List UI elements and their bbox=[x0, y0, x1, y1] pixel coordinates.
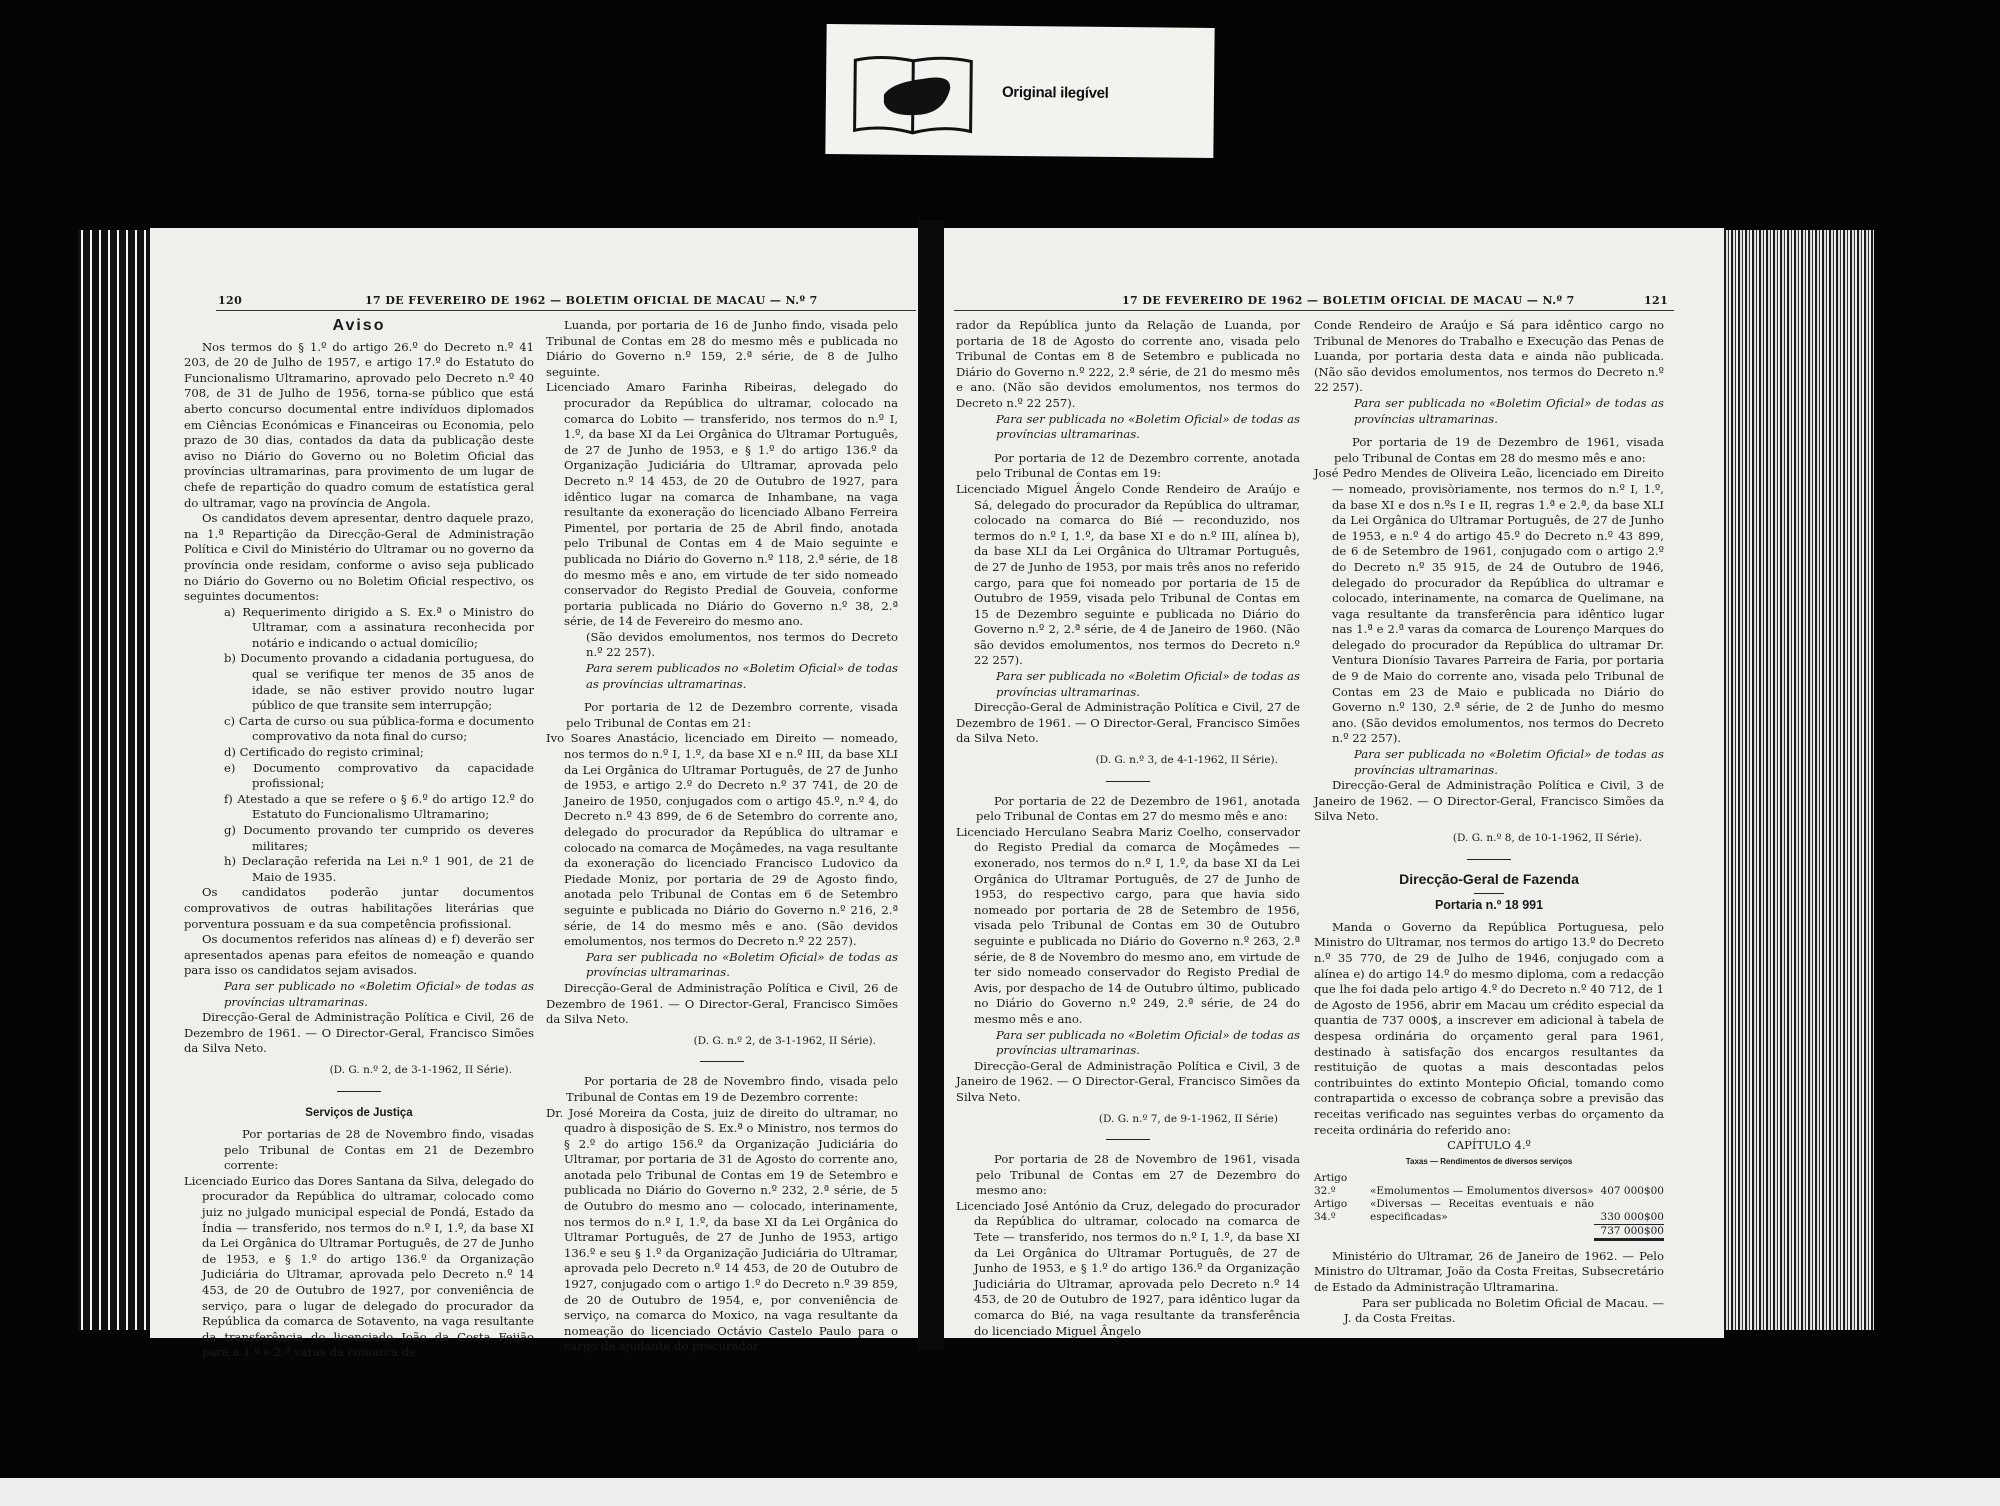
paragraph: Nos termos do § 1.º do artigo 26.º do De… bbox=[184, 340, 534, 512]
section-title-justica: Serviços de Justiça bbox=[184, 1106, 534, 1122]
list-item: f) Atestado a que se refere o § 6.º do a… bbox=[184, 792, 534, 823]
signature: Ministério do Ultramar, 26 de Janeiro de… bbox=[1314, 1249, 1664, 1296]
scan-bottom-strip bbox=[0, 1478, 2000, 1506]
book-gutter bbox=[918, 220, 944, 1350]
header-rule bbox=[216, 310, 916, 311]
paragraph: Licenciado Herculano Seabra Mariz Coelho… bbox=[956, 825, 1300, 1028]
publication-note: Para ser publicada no «Boletim Oficial» … bbox=[546, 950, 898, 981]
divider bbox=[337, 1091, 381, 1092]
paragraph: Por portaria de 28 de Novembro findo, vi… bbox=[546, 1074, 898, 1105]
paragraph: José Pedro Mendes de Oliveira Leão, lice… bbox=[1314, 466, 1664, 747]
book-right-edge bbox=[1724, 230, 1874, 1330]
publication-note: Para ser publicada no «Boletim Oficial» … bbox=[1314, 396, 1664, 427]
paragraph: Licenciado Eurico das Dores Santana da S… bbox=[184, 1174, 534, 1361]
list-item: g) Documento provando ter cumprido os de… bbox=[184, 823, 534, 854]
gazette-reference: (D. G. n.º 3, de 4-1-1962, II Série). bbox=[956, 753, 1300, 769]
signature: Direcção-Geral de Administração Política… bbox=[956, 700, 1300, 747]
table-total-row: 737 000$00 bbox=[1314, 1224, 1664, 1239]
illegible-original-label: Original ilegível bbox=[1002, 84, 1109, 102]
description-cell: «Diversas — Receitas eventuais e não esp… bbox=[1370, 1198, 1594, 1224]
right-page-column-2: Conde Rendeiro de Araújo e Sá para idênt… bbox=[1314, 318, 1664, 1327]
divider bbox=[1474, 893, 1504, 894]
divider bbox=[1106, 1139, 1150, 1140]
open-book-blot-icon bbox=[852, 54, 975, 135]
list-item: b) Documento provando a cidadania portug… bbox=[184, 651, 534, 713]
list-item: h) Declaração referida na Lei n.º 1 901,… bbox=[184, 854, 534, 885]
publication-note: Para ser publicada no «Boletim Oficial» … bbox=[956, 412, 1300, 443]
paragraph: Ivo Soares Anastácio, licenciado em Dire… bbox=[546, 731, 898, 949]
list-item: d) Certificado do registo criminal; bbox=[184, 745, 534, 761]
left-page: 120 17 DE FEVEREIRO DE 1962 — BOLETIM OF… bbox=[150, 228, 918, 1338]
paragraph: Por portaria de 12 de Dezembro corrente,… bbox=[546, 700, 898, 731]
article-cell: Artigo 34.º bbox=[1314, 1198, 1370, 1224]
amount-cell: 330 000$00 bbox=[1594, 1198, 1664, 1224]
article-cell: Artigo 32.º bbox=[1314, 1172, 1370, 1198]
publication-note: Para serem publicados no «Boletim Oficia… bbox=[546, 661, 898, 692]
running-header: 17 DE FEVEREIRO DE 1962 — BOLETIM OFICIA… bbox=[365, 294, 818, 307]
illegible-original-card: Original ilegível bbox=[825, 24, 1214, 158]
table-row: Artigo 34.º «Diversas — Receitas eventua… bbox=[1314, 1198, 1664, 1224]
right-page: 17 DE FEVEREIRO DE 1962 — BOLETIM OFICIA… bbox=[944, 228, 1724, 1338]
signature: Direcção-Geral de Administração Política… bbox=[956, 1059, 1300, 1106]
paragraph: Os candidatos devem apresentar, dentro d… bbox=[184, 511, 534, 605]
section-title-fazenda: Direcção-Geral de Fazenda bbox=[1314, 872, 1664, 888]
page-number: 121 bbox=[1644, 294, 1668, 307]
paragraph: Por portaria de 28 de Novembro de 1961, … bbox=[956, 1152, 1300, 1199]
paragraph: rador da República junto da Relação de L… bbox=[956, 318, 1300, 412]
signature: Direcção-Geral de Administração Política… bbox=[546, 981, 898, 1028]
paragraph: Luanda, por portaria de 16 de Junho find… bbox=[546, 318, 898, 380]
portaria-title: Portaria n.º 18 991 bbox=[1314, 898, 1664, 914]
list-item: a) Requerimento dirigido a S. Ex.ª o Min… bbox=[184, 605, 534, 652]
gazette-reference: (D. G. n.º 7, de 9-1-1962, II Série) bbox=[956, 1112, 1300, 1128]
paragraph: Licenciado Miguel Ângelo Conde Rendeiro … bbox=[956, 482, 1300, 669]
paragraph: Os candidatos poderão juntar documentos … bbox=[184, 885, 534, 932]
gazette-reference: (D. G. n.º 8, de 10-1-1962, II Série). bbox=[1314, 831, 1664, 847]
budget-table: Artigo 32.º «Emolumentos — Emolumentos d… bbox=[1314, 1172, 1664, 1241]
publication-note: Para ser publicada no «Boletim Oficial» … bbox=[956, 669, 1300, 700]
paragraph: (São devidos emolumentos, nos termos do … bbox=[546, 630, 898, 661]
left-page-column-1: Aviso Nos termos do § 1.º do artigo 26.º… bbox=[184, 318, 534, 1361]
list-item: c) Carta de curso ou sua pública-forma e… bbox=[184, 714, 534, 745]
divider bbox=[1467, 859, 1511, 860]
signature: Direcção-Geral de Administração Política… bbox=[1314, 778, 1664, 825]
total-cell: 737 000$00 bbox=[1594, 1224, 1664, 1239]
signature: Direcção-Geral de Administração Política… bbox=[184, 1010, 534, 1057]
header-rule bbox=[954, 310, 1674, 311]
running-header: 17 DE FEVEREIRO DE 1962 — BOLETIM OFICIA… bbox=[1122, 294, 1575, 307]
gazette-reference: (D. G. n.º 2, de 3-1-1962, II Série). bbox=[184, 1063, 534, 1079]
description-cell: «Emolumentos — Emolumentos diversos» bbox=[1370, 1172, 1594, 1198]
chapter-subheading: Taxas — Rendimentos de diversos serviços bbox=[1314, 1154, 1664, 1170]
publication-note: Para ser publicada no Boletim Oficial de… bbox=[1314, 1296, 1664, 1327]
list-item: e) Documento comprovativo da capacidade … bbox=[184, 761, 534, 792]
paragraph: Licenciado Amaro Farinha Ribeiras, deleg… bbox=[546, 380, 898, 630]
book-left-edge bbox=[78, 230, 150, 1330]
divider bbox=[700, 1061, 744, 1062]
paragraph: Por portaria de 19 de Dezembro de 1961, … bbox=[1314, 435, 1664, 466]
paragraph: Manda o Governo da República Portuguesa,… bbox=[1314, 920, 1664, 1138]
table-row: Artigo 32.º «Emolumentos — Emolumentos d… bbox=[1314, 1172, 1664, 1198]
amount-cell: 407 000$00 bbox=[1594, 1172, 1664, 1198]
section-title-aviso: Aviso bbox=[184, 318, 534, 334]
publication-note: Para ser publicada no «Boletim Oficial» … bbox=[956, 1028, 1300, 1059]
right-page-column-1: rador da República junto da Relação de L… bbox=[956, 318, 1300, 1339]
publication-note: Para ser publicado no «Boletim Oficial» … bbox=[184, 979, 534, 1010]
gazette-reference: (D. G. n.º 2, de 3-1-1962, II Série). bbox=[546, 1034, 898, 1050]
chapter-heading: CAPÍTULO 4.º bbox=[1314, 1138, 1664, 1154]
paragraph: Conde Rendeiro de Araújo e Sá para idênt… bbox=[1314, 318, 1664, 396]
divider bbox=[1106, 781, 1150, 782]
publication-note: Para ser publicada no «Boletim Oficial» … bbox=[1314, 747, 1664, 778]
paragraph: Por portaria de 22 de Dezembro de 1961, … bbox=[956, 794, 1300, 825]
paragraph: Por portaria de 12 de Dezembro corrente,… bbox=[956, 451, 1300, 482]
paragraph: Licenciado José António da Cruz, delegad… bbox=[956, 1199, 1300, 1339]
paragraph: Por portarias de 28 de Novembro findo, v… bbox=[184, 1127, 534, 1174]
paragraph: Dr. José Moreira da Costa, juiz de direi… bbox=[546, 1106, 898, 1356]
page-number: 120 bbox=[218, 294, 242, 307]
paragraph: Os documentos referidos nas alíneas d) e… bbox=[184, 932, 534, 979]
left-page-column-2: Luanda, por portaria de 16 de Junho find… bbox=[546, 318, 898, 1355]
